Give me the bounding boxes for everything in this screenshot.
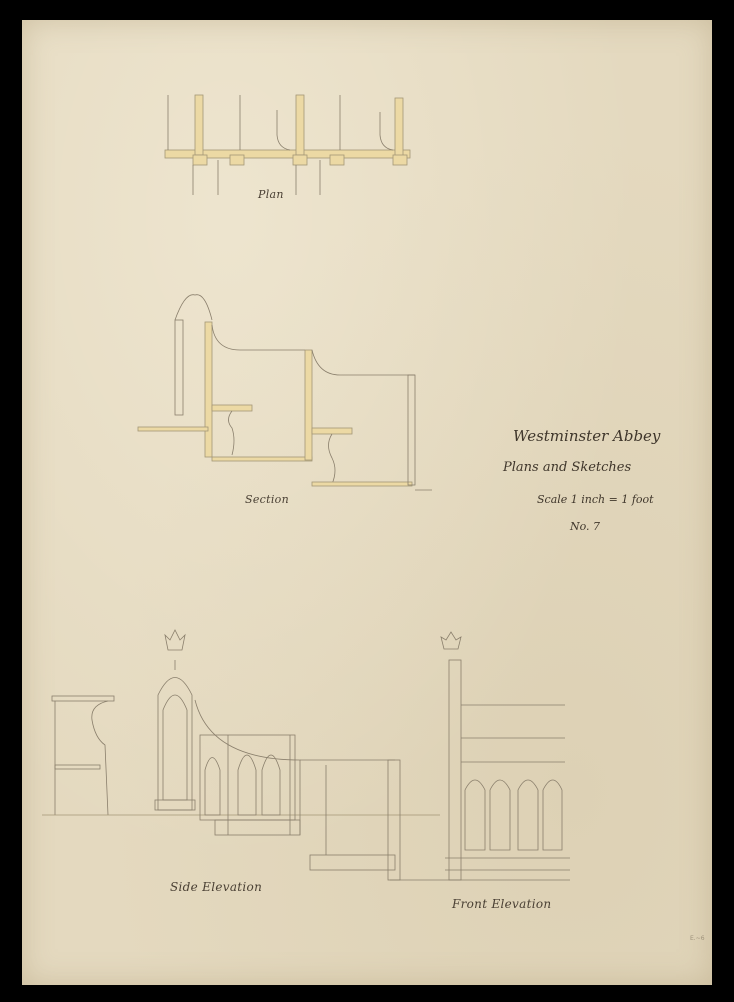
title-line-2: Plans and Sketches xyxy=(503,460,631,475)
front-elevation-label: Front Elevation xyxy=(452,897,551,911)
sheet-number: No. 7 xyxy=(570,520,600,533)
side-elevation-drawing xyxy=(42,630,440,880)
scale-note: Scale 1 inch = 1 foot xyxy=(537,493,654,506)
title-line-1: Westminster Abbey xyxy=(513,427,660,445)
section-drawing xyxy=(138,295,432,490)
plan-label: Plan xyxy=(258,188,284,201)
side-elevation-label: Side Elevation xyxy=(170,880,262,894)
plan-drawing xyxy=(165,95,410,195)
section-label: Section xyxy=(245,493,289,506)
corner-mark: E.~6 xyxy=(690,935,705,942)
front-elevation-drawing xyxy=(440,632,570,880)
